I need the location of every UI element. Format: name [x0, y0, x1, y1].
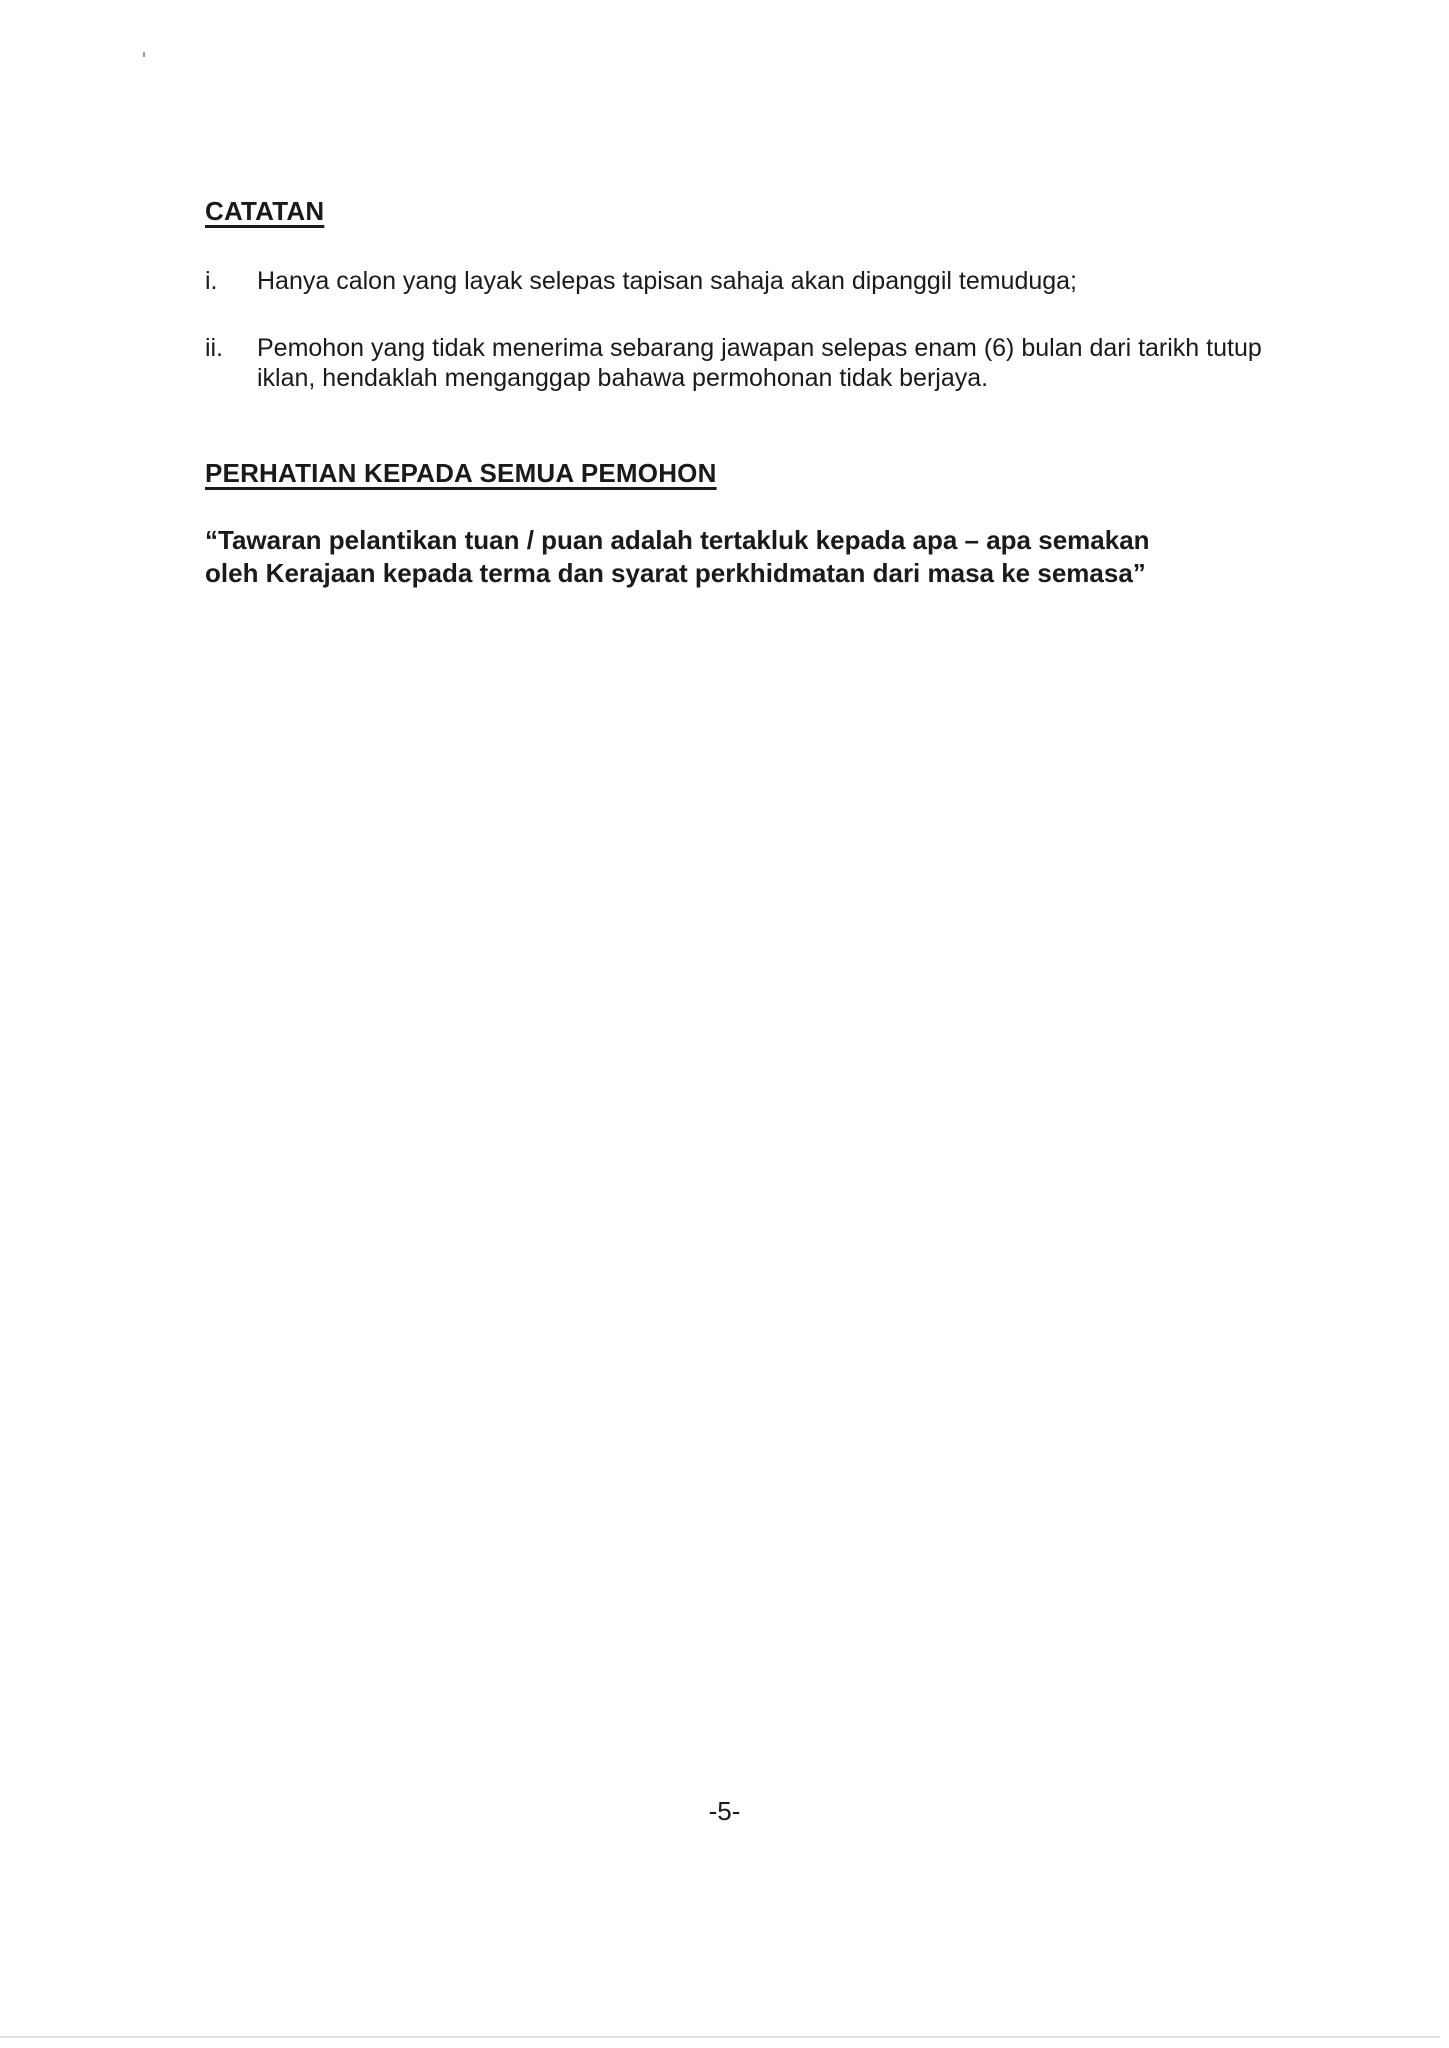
catatan-item: i. Hanya calon yang layak selepas tapisa…: [205, 266, 1325, 296]
item-number: ii.: [205, 333, 223, 363]
item-text: Pemohon yang tidak menerima sebarang jaw…: [257, 333, 1325, 393]
catatan-item: ii. Pemohon yang tidak menerima sebarang…: [205, 333, 1325, 393]
item-number: i.: [205, 266, 218, 296]
catatan-heading: CATATAN: [205, 196, 324, 227]
scan-edge-line: [0, 2036, 1440, 2038]
page-number: -5-: [0, 1796, 1449, 1827]
scan-speck: [143, 52, 145, 57]
notice-quote: “Tawaran pelantikan tuan / puan adalah t…: [205, 524, 1335, 590]
perhatian-heading: PERHATIAN KEPADA SEMUA PEMOHON: [205, 458, 717, 489]
item-text: Hanya calon yang layak selepas tapisan s…: [257, 266, 1325, 296]
